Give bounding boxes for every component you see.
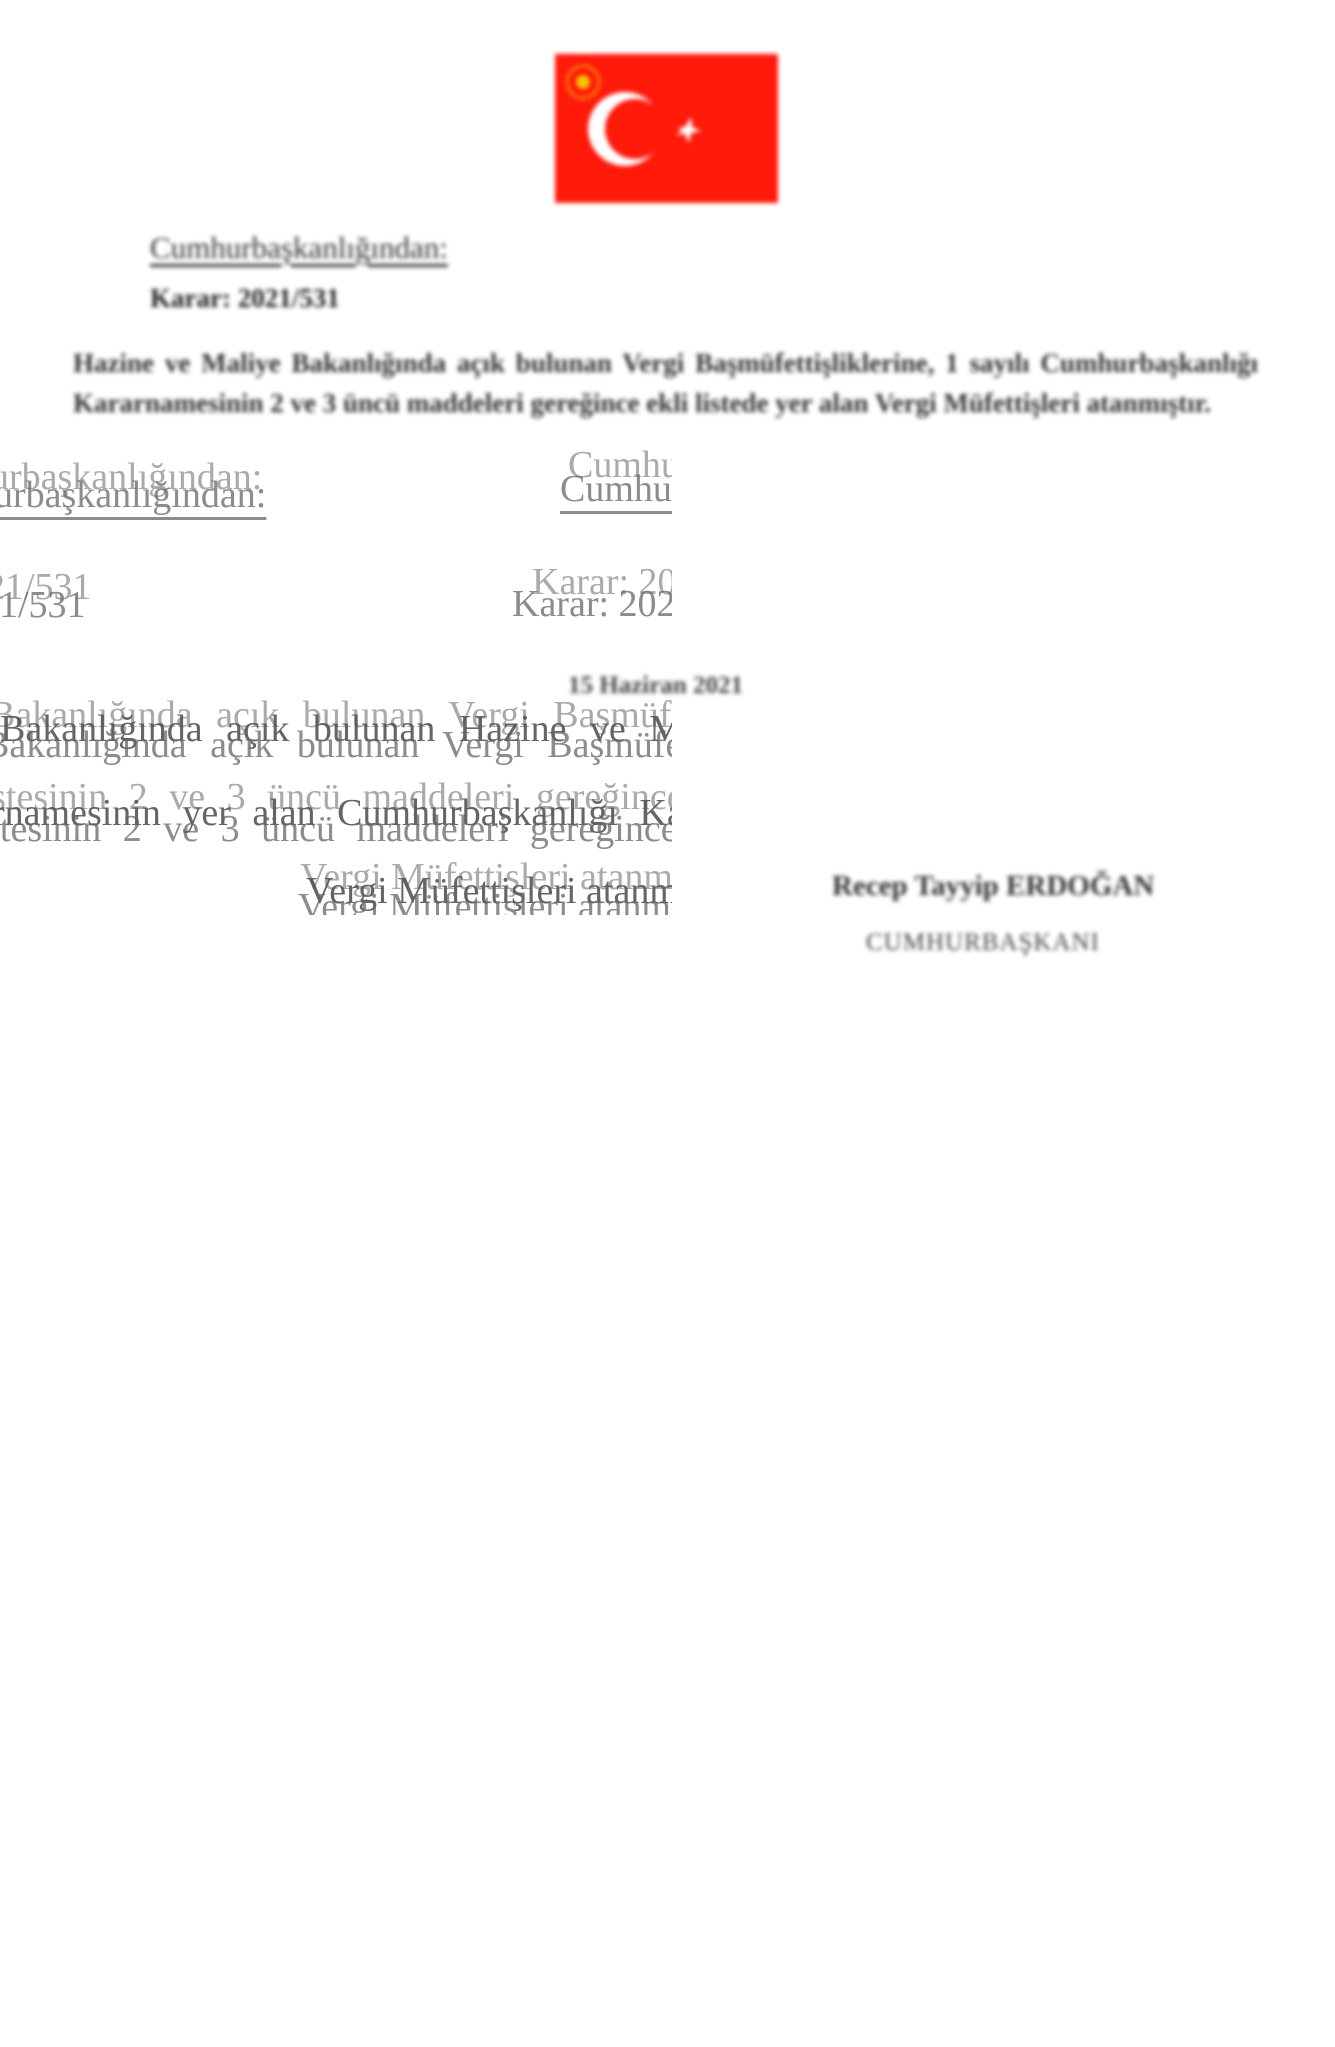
overlay-karar-left: 21/531	[0, 583, 86, 627]
signature-name: Recep Tayyip ERDOĞAN	[832, 870, 1154, 903]
overlay-karar-right: Karar: 202	[512, 582, 672, 626]
signature-title: CUMHURBAŞKANI	[866, 929, 1100, 957]
overlay-line2: listesinin 2 ve 3 üncü maddeleri gereğin…	[0, 807, 672, 851]
overlay-line3: Vergi Müfettişleri atanmıştır.	[298, 885, 672, 915]
turkish-presidential-flag-icon	[555, 54, 778, 203]
overlay-heading-right: Cumhu	[560, 467, 672, 511]
overlay-heading-left: urbaşkanlığından:	[0, 473, 266, 517]
decision-body: Hazine ve Maliye Bakanlığında açık bulun…	[73, 343, 1258, 423]
decision-date: 15 Haziran 2021	[568, 672, 743, 700]
issuer-heading: Cumhurbaşkanlığından:	[150, 230, 448, 266]
decision-number: Karar: 2021/531	[150, 283, 340, 314]
overlay-line1: Bakanlığında açık bulunan Vergi Başmüfet…	[0, 723, 672, 767]
